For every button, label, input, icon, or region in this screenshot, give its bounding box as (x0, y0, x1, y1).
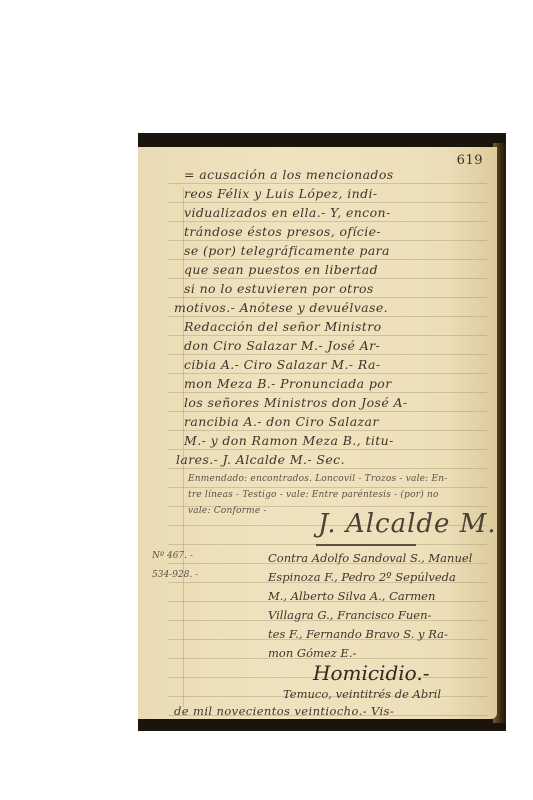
parties-line: Villagra G., Francisco Fuen- (268, 608, 431, 622)
text-line: motivos.- Anótese y devuélvase. (174, 300, 388, 315)
text-line: se (por) telegráficamente para (184, 243, 390, 258)
parties-line: Contra Adolfo Sandoval S., Manuel (268, 551, 472, 565)
body-line: de mil novecientos veintiocho.- Vis- (174, 704, 394, 718)
text-line: lares.- J. Alcalde M.- Sec. (176, 452, 345, 467)
parties-line: Espinoza F., Pedro 2º Sepúlveda (268, 570, 456, 584)
case-heading: Homicidio.- (313, 661, 429, 685)
text-line: que sean puestos en libertad (184, 262, 378, 277)
ruled-line (168, 240, 487, 241)
ruled-line (168, 202, 487, 203)
ruled-line (168, 373, 487, 374)
text-line: trándose éstos presos, ofície- (184, 224, 381, 239)
text-line: reos Félix y Luis López, indi- (184, 186, 378, 201)
ruled-line (168, 278, 487, 279)
parties-line: M., Alberto Silva A., Carmen (268, 589, 435, 603)
body-line: Temuco, veintitrés de Abril (283, 687, 441, 701)
ruled-line (168, 316, 487, 317)
ledger-photo: 619 = acusación a los mencionados reos F… (138, 133, 506, 731)
note-line: tre líneas - Testigo - vale: Entre parén… (188, 490, 439, 500)
ruled-line (168, 335, 487, 336)
entry-number: Nº 467. - (152, 551, 193, 561)
ruled-line (168, 259, 487, 260)
ruled-line (168, 183, 487, 184)
text-line: = acusación a los mencionados (184, 167, 394, 182)
folio-number: 619 (457, 153, 483, 168)
ruled-line (168, 411, 487, 412)
ruled-line (168, 468, 487, 469)
text-line: Redacción del señor Ministro (184, 319, 382, 334)
ruled-line (168, 487, 487, 488)
ruled-line (168, 297, 487, 298)
signature: J. Alcalde M. (318, 509, 497, 539)
ruled-line (168, 430, 487, 431)
ruled-line (168, 392, 487, 393)
parties-line: mon Gómez E.- (268, 646, 356, 660)
entry-reference: 534-928. - (152, 570, 198, 580)
signature-underline (316, 544, 416, 546)
ruled-line (168, 449, 487, 450)
note-line: vale: Conforme - (188, 506, 267, 516)
text-line: mon Meza B.- Pronunciada por (184, 376, 392, 391)
ruled-line (168, 221, 487, 222)
text-line: cibia A.- Ciro Salazar M.- Ra- (184, 357, 380, 372)
text-line: don Ciro Salazar M.- José Ar- (184, 338, 380, 353)
ledger-page: 619 = acusación a los mencionados reos F… (138, 147, 497, 719)
note-line: Enmendado: encontrados. Loncovil - Trozo… (188, 474, 447, 484)
text-line: vidualizados en ella.- Y, encon- (184, 205, 391, 220)
ruled-line (168, 354, 487, 355)
text-line: los señores Ministros don José A- (184, 395, 408, 410)
parties-line: tes F., Fernando Bravo S. y Ra- (268, 627, 448, 641)
text-line: M.- y don Ramon Meza B., titu- (184, 433, 394, 448)
text-line: rancibia A.- don Ciro Salazar (184, 414, 379, 429)
text-line: si no lo estuvieren por otros (184, 281, 374, 296)
